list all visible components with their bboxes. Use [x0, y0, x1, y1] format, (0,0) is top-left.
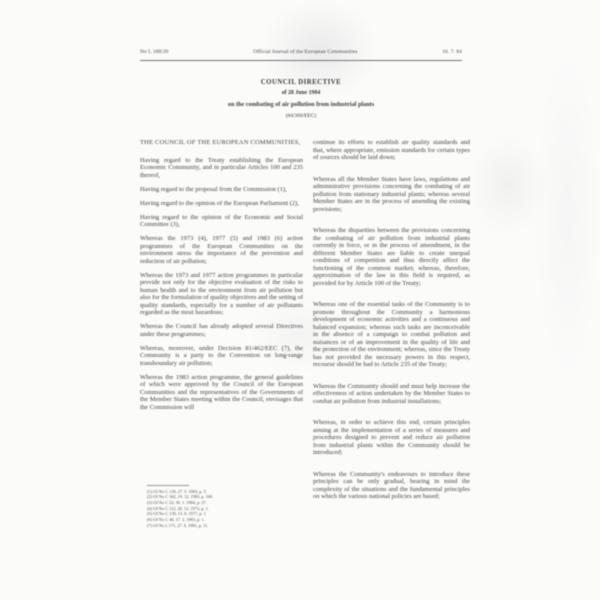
body-paragraph: Whereas one of the essential tasks of th… — [313, 301, 470, 369]
body-paragraph: Whereas the 1973 (4), 1977 (5) and 1983 … — [140, 235, 303, 265]
scan-artifact — [468, 135, 548, 235]
footnote-rule — [147, 485, 189, 486]
journal-date: 16. 7. 84 — [442, 49, 462, 55]
journal-name: Official Journal of the European Communi… — [168, 49, 442, 55]
body-paragraph: Whereas the Community should and must he… — [313, 383, 470, 406]
header-rule — [140, 60, 462, 61]
body-paragraph: Whereas the 1973 and 1977 action program… — [140, 272, 303, 317]
journal-header: No L 188/20 Official Journal of the Euro… — [140, 49, 462, 55]
footnote-line: (7) OJ No L 171, 27. 6. 1981, p. 11. — [147, 523, 259, 529]
directive-subject-line: on the combating of air pollution from i… — [140, 101, 462, 108]
body-paragraph: Whereas the Community's endeavours to in… — [313, 471, 470, 501]
footnotes-block: (1) OJ No C 139, 27. 5. 1983, p. 5. (2) … — [147, 485, 259, 528]
body-paragraph: THE COUNCIL OF THE EUROPEAN COMMUNITIES, — [140, 139, 303, 147]
body-paragraph: Whereas the 1983 action programme, the g… — [140, 374, 303, 412]
body-paragraph: Whereas the Council has already adopted … — [140, 323, 303, 338]
directive-date-line: of 28 June 1984 — [140, 90, 462, 96]
right-column: continue its efforts to establish air qu… — [313, 139, 470, 515]
body-paragraph: Whereas all the Member States have laws,… — [313, 176, 470, 214]
body-paragraph: continue its efforts to establish air qu… — [313, 139, 470, 162]
scan-artifact — [535, 50, 600, 380]
body-paragraph: Having regard to the Treaty establishing… — [140, 157, 303, 180]
directive-number: (84/360/EEC) — [140, 113, 462, 119]
body-paragraph: Having regard to the opinion of the Euro… — [140, 200, 303, 208]
body-paragraph: Having regard to the opinion of the Econ… — [140, 214, 303, 229]
directive-title: COUNCIL DIRECTIVE — [140, 79, 462, 86]
journal-issue-number: No L 188/20 — [140, 49, 168, 55]
left-column: THE COUNCIL OF THE EUROPEAN COMMUNITIES,… — [140, 139, 303, 418]
document-content: No L 188/20 Official Journal of the Euro… — [140, 0, 462, 600]
body-paragraph: Whereas, moreover, under Decision 81/462… — [140, 345, 303, 368]
directive-title-block: COUNCIL DIRECTIVE of 28 June 1984 on the… — [140, 79, 462, 119]
body-paragraph: Having regard to the proposal from the C… — [140, 186, 303, 194]
body-paragraph: Whereas, in order to achieve this end, c… — [313, 419, 470, 457]
body-paragraph: Whereas the disparities between the prov… — [313, 227, 470, 287]
scanned-document-page: No L 188/20 Official Journal of the Euro… — [0, 0, 600, 600]
